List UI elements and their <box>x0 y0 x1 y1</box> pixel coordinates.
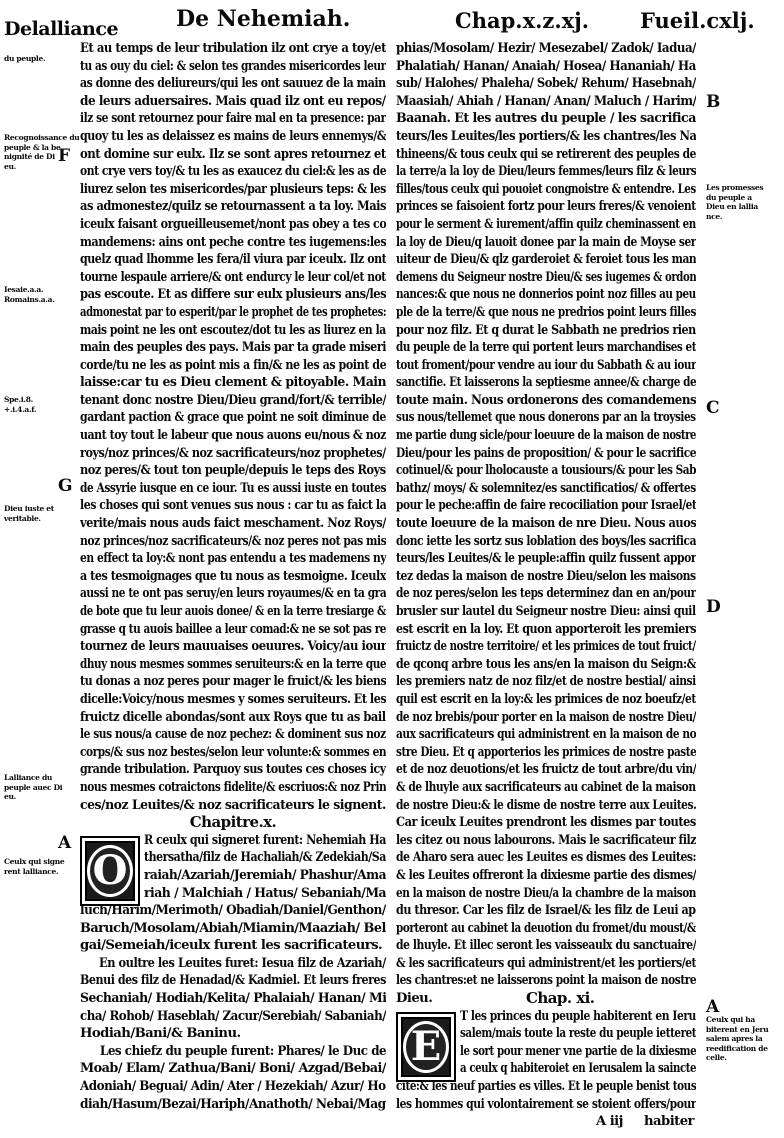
text-line: les chantres:et ne laisserons point la m… <box>396 972 696 990</box>
text-line: et de noz deuotions/et les fruictz de to… <box>396 761 696 779</box>
section-marker: C <box>706 398 720 418</box>
text-line: de Assyrie iusque en ce iour. Tu es auss… <box>80 480 386 498</box>
marginal-note: Spe.i.8.+.i.4.a.f. <box>4 395 36 414</box>
text-line: de nostre Dieu:& le disme de nostre terr… <box>396 797 696 815</box>
section-marker: B <box>706 92 720 112</box>
marginal-note-line: Romains.a.a. <box>4 295 55 305</box>
marginal-note: du peuple. <box>4 54 45 64</box>
text-line: pour le peche:affin de faire recociliati… <box>396 497 696 515</box>
text-line: du peuple de la terre qui portent leurs … <box>396 339 696 357</box>
text-line: grasse q tu auois baillee a leur comad:&… <box>80 621 386 639</box>
text-line: tu as ouy du ciel: & selon tes grandes m… <box>80 58 386 76</box>
text-line: tout froment/pour vendre au iour du Sabb… <box>396 357 696 375</box>
text-line: corps/& sus noz bestes/selon leur volunt… <box>80 744 386 762</box>
text-line: Dieu/pour les pains de proposition/ & po… <box>396 445 696 463</box>
text-line: demens du Seigneur nostre Dieu/& ses iug… <box>396 269 696 287</box>
chapter-continued-text: luch/Harim/Merimoth/ Obadiah/Daniel/Gent… <box>80 902 386 955</box>
text-line: cite:& les neuf parties es villes. Et le… <box>396 1078 696 1096</box>
text-line: uiteur de Dieu/& qlz garderoiet & feroie… <box>396 251 696 269</box>
book-title: De Nehemiah. <box>176 6 350 32</box>
marginal-note-line: salem apres la <box>706 1034 768 1044</box>
marginal-note-line: peuple auec Di <box>4 783 62 793</box>
section-marker: G <box>58 476 73 496</box>
text-line: de noz peres/selon les teps determinez d… <box>396 585 696 603</box>
section-marker: A <box>706 997 719 1017</box>
section-marker: F <box>58 146 70 166</box>
text-line: admonestat par to esperit/par le prophet… <box>80 304 386 322</box>
marginal-note-line: Spe.i.8. <box>4 395 36 405</box>
text-line: de lhuyle. Et illec seront les vaisseaul… <box>396 937 696 955</box>
marginal-note-line: biterent en Jeru <box>706 1025 768 1035</box>
text-line: pas escoute. Et as differe sur eulx plus… <box>80 286 386 304</box>
text-line: as admonestez/quilz se retournassent a t… <box>80 198 386 216</box>
text-line: Adoniah/ Beguai/ Adin/ Ater / Hezekiah/ … <box>80 1078 386 1096</box>
marginal-note-line: Ceulx qui signe <box>4 857 64 867</box>
folio-number: Fueil.cxlj. <box>640 8 755 33</box>
text-line: a tes tesmoignages que tu nous as tesmoi… <box>80 568 386 586</box>
text-line: laisse:car tu es Dieu clement & pitoyabl… <box>80 374 386 392</box>
text-line: noz princes/noz sacrificateurs/& noz per… <box>80 533 386 551</box>
text-line: ces/noz Leuites/& noz sacrificateurs le … <box>80 797 386 815</box>
signature-mark: A iij <box>596 1113 623 1131</box>
marginal-note-line: Dieu iuste et <box>4 504 54 514</box>
text-line: filles/tous ceulx qui pouoiet congnoistr… <box>396 181 696 199</box>
section-marker: A <box>58 833 71 853</box>
text-line: T les princes du peuple habiterent en Ie… <box>460 1008 696 1026</box>
text-line: tenant donc nostre Dieu/Dieu grand/fort/… <box>80 392 386 410</box>
section-marker: D <box>706 597 721 617</box>
text-line: thersatha/filz de Hachaliah/& Zedekiah/S… <box>144 849 386 867</box>
text-line: du thresor. Car les filz de Israel/& les… <box>396 902 696 920</box>
text-line: En oultre les Leuites furet: Iesua filz … <box>80 955 405 973</box>
text-line: quoy tu les as delaissez es mains de leu… <box>80 128 386 146</box>
text-line: donc iette les sortz sus loblation des b… <box>396 533 696 551</box>
text-line: cotinuel/& pour lholocauste a tousiours/… <box>396 462 696 480</box>
text-line: verite/mais nous auds faict meschament. … <box>80 515 386 533</box>
chapter-xi-opening: E T les princes du peuple habiterent en … <box>396 1008 696 1078</box>
text-line: pour noz filz. Et q durat le Sabbath ne … <box>396 322 696 340</box>
chapter-paragraphs: En oultre les Leuites furet: Iesua filz … <box>80 955 386 1113</box>
chapter-opening: O R ceulx qui signeret furent: Nehemiah … <box>80 832 386 902</box>
text-line: Hodiah/Bani/& Baninu. <box>80 1025 386 1043</box>
text-line: toute loeuure de la maison de nre Dieu. … <box>396 515 696 533</box>
text-line: le sus nous/a cause de noz pechez: & dom… <box>80 726 386 744</box>
marginal-note-line: Les promesses <box>706 183 763 193</box>
text-line: thineens/& tous ceulx qui se retirerent … <box>396 146 696 164</box>
marginal-note-line: veritable. <box>4 514 54 524</box>
text-line: nous mesmes cotraictons fidelite/& escri… <box>80 779 386 797</box>
text-line: de Aharo sera auec les Leuites es dismes… <box>396 849 696 867</box>
text-line: cha/ Rohob/ Haseblah/ Zacur/Serebiah/ Sa… <box>80 1008 386 1026</box>
marginal-note-line: celle. <box>706 1053 768 1063</box>
page-footer-line: A iij habiter <box>396 1113 696 1131</box>
text-line: brusler sur lautel du Seigneur nostre Di… <box>396 603 696 621</box>
text-line: ont domine sur eulx. Ilz se sont apres r… <box>80 146 386 164</box>
text-line: de leurs aduersaires. Mais quad ilz ont … <box>80 93 386 111</box>
marginal-note-line: nce. <box>706 212 763 222</box>
text-line: Phalatiah/ Hanan/ Anaiah/ Hosea/ Hanania… <box>396 58 696 76</box>
text-line: quil est escrit en la loy:& les primices… <box>396 691 696 709</box>
text-line: mandemens: ains ont peche contre tes iug… <box>80 234 386 252</box>
text-line: dhuy nous mesmes sommes seruiteurs:& en … <box>80 656 386 674</box>
text-line: Baruch/Mosolam/Abiah/Miamin/Maaziah/ Bel <box>80 920 386 938</box>
marginal-note-line: Lalliance du <box>4 773 62 783</box>
text-line: de noz brebis/pour porter en la maison d… <box>396 709 696 727</box>
text-line: nances:& que nous ne donnerios point noz… <box>396 286 696 304</box>
marginal-note-line: reedification de <box>706 1044 768 1054</box>
text-line: raiah/Azariah/Jeremiah/ Phashur/Ama <box>144 867 386 885</box>
chapter-reference: Chap.x.z.xj. <box>455 8 589 33</box>
text-line: noz peres/& tout ton peuple/depuis le te… <box>80 462 386 480</box>
text-line: ilz se sont retournez pour faire mal en … <box>80 110 386 128</box>
decorated-initial-capital: O <box>80 836 140 906</box>
text-line: sus nous/tellemet que nous donerons par … <box>396 409 696 427</box>
text-line: ple de la terre/& que nous ne predrios p… <box>396 304 696 322</box>
running-title-left: Delalliance <box>4 18 118 40</box>
text-line: Les chiefz du peuple furent: Phares/ le … <box>80 1043 406 1061</box>
text-line: la terre/a la loy de Dieu/leurs femmes/l… <box>396 163 696 181</box>
text-line: phias/Mosolam/ Hezir/ Mesezabel/ Zadok/ … <box>396 40 696 58</box>
left-column-body: Et au temps de leur tribulation ilz ont … <box>80 40 386 814</box>
chapter-heading: Chapitre.x. <box>80 814 386 832</box>
text-line: & de lhuyle aux sacrificateurs au cabine… <box>396 779 696 797</box>
chapter-heading-xi: Chap. xi. <box>526 990 594 1008</box>
text-line: tournez de leurs mauuaises oeuures. Voic… <box>80 638 386 656</box>
text-line: Baanah. Et les autres du peuple / les sa… <box>396 110 696 128</box>
marginal-note-line: Dieu en lallia <box>706 202 763 212</box>
text-line: fruictz dicelle abondas/sont aux Roys qu… <box>80 709 386 727</box>
chapter-end-word: Dieu. <box>396 991 432 1006</box>
text-line: les hommes qui volontairement se stoient… <box>396 1096 696 1114</box>
text-line: en la maison de nostre Dieu/a la chambre… <box>396 885 696 903</box>
text-line: toute main. Nous ordonerons des comandem… <box>396 392 696 410</box>
text-line: & les Leuites offreront la dixiesme part… <box>396 867 696 885</box>
text-line: main des peuples des pays. Mais par ta g… <box>80 339 386 357</box>
text-line: fruictz de nostre territoire/ et les pri… <box>396 638 696 656</box>
marginal-note-line: Iesaie.a.a. <box>4 285 55 295</box>
left-text-column: Et au temps de leur tribulation ilz ont … <box>80 40 386 1113</box>
text-line: luch/Harim/Merimoth/ Obadiah/Daniel/Gent… <box>80 902 386 920</box>
text-line: roys/noz princes/& noz sacrificateurs/no… <box>80 445 386 463</box>
marginal-note-line: eu. <box>4 792 62 802</box>
text-line: pour le serment & iurement/affin quilz c… <box>396 216 696 234</box>
text-line: tez dedas la maison de nostre Dieu/selon… <box>396 568 696 586</box>
marginal-note: Iesaie.a.a.Romains.a.a. <box>4 285 55 304</box>
running-header: Delalliance De Nehemiah. Chap.x.z.xj. Fu… <box>0 4 784 38</box>
marginal-note-line: rent lalliance. <box>4 867 64 877</box>
text-line: me partie dung sicle/pour loeuure de la … <box>396 427 696 445</box>
text-line: les premiers natz de noz filz/et de nost… <box>396 673 696 691</box>
text-line: a ceulx q habiteroiet en Ierusalem la sa… <box>460 1060 696 1078</box>
decorated-initial-capital: E <box>396 1012 456 1082</box>
text-line: Moab/ Elam/ Zathua/Bani/ Boni/ Azgad/Beb… <box>80 1060 386 1078</box>
marginal-note-line: du peuple a <box>706 193 763 203</box>
text-line: aux sacrificateurs qui administrent en l… <box>396 726 696 744</box>
text-line: teurs/les Leuites/les portiers/& les cha… <box>396 128 696 146</box>
text-line: iceulx faisant orgueilleusemet/nont pas … <box>80 216 386 234</box>
initial-letter: E <box>411 1023 442 1070</box>
text-line: la loy de Dieu/q lauoit donee par la mai… <box>396 234 696 252</box>
text-line: Car iceulx Leuites prendront les dismes … <box>396 814 696 832</box>
text-line: uant toy tout le labeur que nous auons e… <box>80 427 386 445</box>
marginal-note-line: du peuple. <box>4 54 45 64</box>
text-line: tourne lespaule arriere/& ont endurcy le… <box>80 269 386 287</box>
catchword: habiter <box>644 1113 694 1131</box>
text-line: Et au temps de leur tribulation ilz ont … <box>80 40 386 58</box>
marginal-note-line: Recognoissance du <box>4 133 79 143</box>
text-line: sanctifie. Et laisserons la septiesme an… <box>396 374 696 392</box>
text-line: les choses qui sont venues sus nous : ca… <box>80 497 386 515</box>
text-line: mais point ne les ont escoutez/dot tu le… <box>80 322 386 340</box>
marginal-note-line: +.i.4.a.f. <box>4 405 36 415</box>
text-line: porteront au cabinet la deuotion du from… <box>396 920 696 938</box>
text-line: dicelle:Voicy/nous mesmes y somes seruit… <box>80 691 386 709</box>
text-line: & les sacrificateurs qui administrent/et… <box>396 955 696 973</box>
text-line: en effect ta loy:& nont pas entendu a te… <box>80 550 386 568</box>
text-line: Benui des filz de Henadad/& Kadmiel. Et … <box>80 972 386 990</box>
text-line: princes se faisoient fortz pour leurs fr… <box>396 198 696 216</box>
text-line: Sechaniah/ Hodiah/Kelita/ Phalaiah/ Hana… <box>80 990 386 1008</box>
text-line: sub/ Halohes/ Phaleha/ Sobek/ Rehum/ Has… <box>396 75 696 93</box>
chapter-end-line: Dieu. Chap. xi. <box>396 990 696 1008</box>
marginal-note: Dieu iuste etveritable. <box>4 504 54 523</box>
text-line: gai/Semeiah/iceulx furent les sacrificat… <box>80 937 386 955</box>
text-line: est escrit en la loy. Et quon apporteroi… <box>396 621 696 639</box>
text-line: gardant paction & grace que point ne soi… <box>80 409 386 427</box>
text-line: Maasiah/ Ahiah / Hanan/ Anan/ Maluch / H… <box>396 93 696 111</box>
marginal-note: Ceulx qui habiterent en Jerusalem apres … <box>706 1015 768 1063</box>
initial-letter: O <box>93 847 128 894</box>
text-line: les citez ou nous labourons. Mais le sac… <box>396 832 696 850</box>
text-line: tu donas a noz peres pour mager le fruic… <box>80 673 386 691</box>
marginal-note: Les promessesdu peuple aDieu en lallianc… <box>706 183 763 221</box>
chapter-xi-continued-text: cite:& les neuf parties es villes. Et le… <box>396 1078 696 1113</box>
text-line: stre Dieu. Et q apporterios les primices… <box>396 744 696 762</box>
right-text-column: phias/Mosolam/ Hezir/ Mesezabel/ Zadok/ … <box>396 40 696 1131</box>
text-line: corde/tu ne les as point mis a fin/& ne … <box>80 357 386 375</box>
text-line: le sort pour mener vne partie de la dixi… <box>460 1043 696 1061</box>
text-line: liurez selon tes misericordes/par plusie… <box>80 181 386 199</box>
text-line: bathz/ moys/ & solemnitez/es sanctificat… <box>396 480 696 498</box>
right-column-body: phias/Mosolam/ Hezir/ Mesezabel/ Zadok/ … <box>396 40 696 990</box>
text-line: diah/Hasum/Bezai/Hariph/Anathoth/ Nebai/… <box>80 1096 386 1114</box>
marginal-note: Lalliance dupeuple auec Dieu. <box>4 773 62 802</box>
text-line: quelz quad lhomme les fera/il viura par … <box>80 251 386 269</box>
text-line: de bote que tu leur auois donee/ & en la… <box>80 603 386 621</box>
marginal-note: Ceulx qui signerent lalliance. <box>4 857 64 876</box>
text-line: aussi ne te ont pas seruy/en leurs royau… <box>80 585 386 603</box>
text-line: R ceulx qui signeret furent: Nehemiah Ha <box>144 832 386 850</box>
text-line: grande tribulation. Parquoy sus toutes c… <box>80 761 386 779</box>
text-line: de qconq arbre tous les ans/en la maison… <box>396 656 696 674</box>
text-line: ont crye vers toy/& tu les as exaucez du… <box>80 163 386 181</box>
text-line: salem/mais toute la reste du peuple iett… <box>460 1025 696 1043</box>
text-line: teurs/les Leuites/& le peuple:affin quil… <box>396 550 696 568</box>
text-line: riah / Malchiah / Hatus/ Sebaniah/Ma <box>144 885 386 903</box>
text-line: as donne des deliureurs/qui les ont sauu… <box>80 75 386 93</box>
